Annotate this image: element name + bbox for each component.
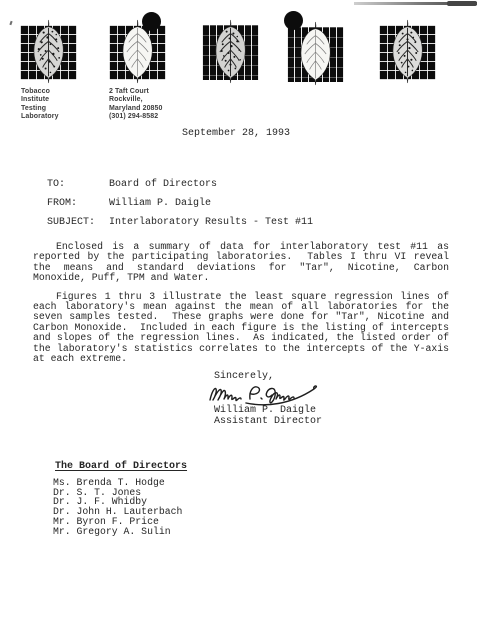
tobacco-leaf-logo-4 (287, 27, 344, 82)
org-name-line: Laboratory (21, 113, 59, 121)
from-label: FROM: (47, 198, 109, 209)
signer-title: Assistant Director (214, 416, 322, 427)
mottled-leaf-icon (206, 19, 255, 85)
tobacco-leaf-logo-5 (379, 25, 436, 80)
org-name-line: Testing (21, 105, 59, 113)
address-line: (301) 294-8582 (109, 113, 163, 121)
memo-to-row: TO:Board of Directors (47, 179, 313, 198)
white-leaf-icon (113, 19, 162, 85)
signed-name: William P. Daigle (214, 405, 316, 416)
scan-artifact-tick (9, 21, 12, 25)
memo-header: TO:Board of Directors FROM:William P. Da… (47, 179, 313, 236)
body-paragraph-2: Figures 1 thru 3 illustrate the least sq… (33, 292, 449, 365)
memo-subject-row: SUBJECT:Interlaboratory Results - Test #… (47, 217, 313, 236)
org-name-line: Tobacco (21, 88, 59, 96)
address-line: 2 Taft Court (109, 88, 163, 96)
board-member-list: Ms. Brenda T. Hodge Dr. S. T. Jones Dr. … (53, 478, 182, 536)
body-paragraph-1: Enclosed is a summary of data for interl… (33, 242, 449, 284)
org-address: 2 Taft Court Rockville, Maryland 20850 (… (109, 88, 163, 122)
subject-label: SUBJECT: (47, 217, 109, 228)
mottled-leaf-icon (383, 19, 432, 85)
org-name-line: Institute (21, 96, 59, 104)
board-member: Mr. Gregory A. Sulin (53, 527, 182, 537)
letter-body: Enclosed is a summary of data for interl… (33, 242, 449, 372)
date-line: September 28, 1993 (182, 128, 290, 139)
tobacco-leaf-logo-3 (202, 25, 259, 80)
memo-from-row: FROM:William P. Daigle (47, 198, 313, 217)
tobacco-leaf-logo-1 (20, 25, 77, 80)
address-line: Maryland 20850 (109, 105, 163, 113)
tobacco-leaf-logo-2 (109, 25, 166, 80)
org-name: Tobacco Institute Testing Laboratory (21, 88, 59, 122)
from-value: William P. Daigle (109, 198, 211, 209)
mottled-leaf-icon (24, 19, 73, 85)
memo-document-page: Tobacco Institute Testing Laboratory 2 T… (0, 0, 480, 630)
white-leaf-icon (291, 21, 340, 87)
scan-artifact-blob (447, 1, 477, 6)
subject-value: Interlaboratory Results - Test #11 (109, 217, 313, 228)
signature-script (208, 381, 326, 407)
address-line: Rockville, (109, 96, 163, 104)
to-label: TO: (47, 179, 109, 190)
board-heading: The Board of Directors (55, 461, 187, 472)
to-value: Board of Directors (109, 179, 217, 190)
